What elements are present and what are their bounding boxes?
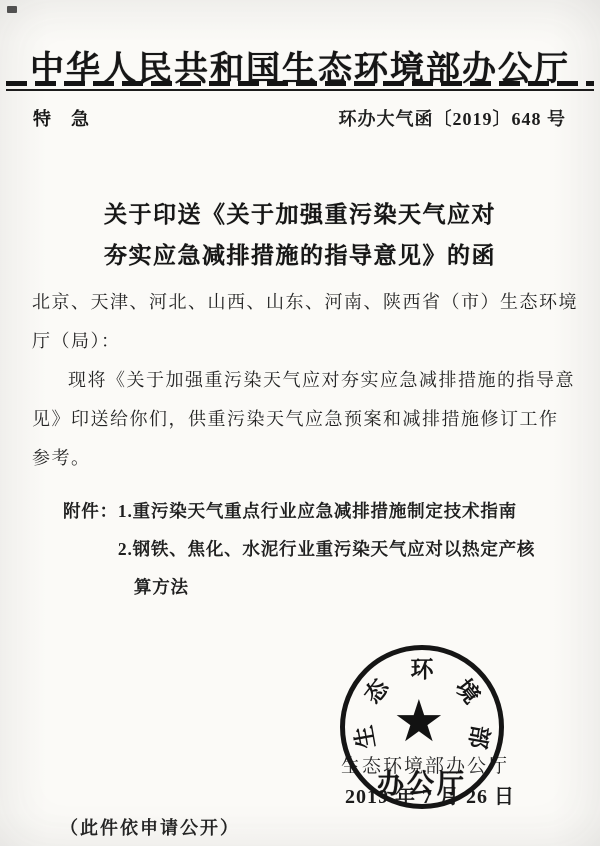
official-seal: 生 态 环 境 部 ★ 办公厅 [340,645,504,809]
seal-arc-char-5: 部 [463,722,493,752]
attachments-block: 附件： 1.重污染天气重点行业应急减排措施制定技术指南 2.钢铁、焦化、水泥行业… [63,492,535,606]
paragraph-line2: 见》印送给你们，供重污染天气应急预案和减排措施修订工作 [32,400,572,439]
header-divider [6,81,594,92]
document-title-line2: 夯实应急减排措施的指导意见》的函 [0,235,600,276]
salutation-line2: 厅（局）： [32,322,572,361]
body-text: 北京、天津、河北、山西、山东、河南、陕西省（市）生态环境 厅（局）： 现将《关于… [32,283,572,478]
seal-arc-char-4: 境 [449,674,485,710]
paragraph-line1: 现将《关于加强重污染天气应对夯实应急减排措施的指导意 [32,361,572,400]
document-title-line1: 关于印送《关于加强重污染天气应对 [0,194,600,235]
divider-solid-line [6,89,594,91]
paragraph-line3: 参考。 [32,439,572,478]
attachments-list: 1.重污染天气重点行业应急减排措施制定技术指南 2.钢铁、焦化、水泥行业重污染天… [118,492,535,606]
urgency-label: 特 急 [33,105,90,131]
salutation-line1: 北京、天津、河北、山西、山东、河南、陕西省（市）生态环境 [32,283,572,322]
attachment-item-2-line2: 算方法 [118,568,535,606]
footer-disclosure-note: （此件依申请公开） [60,814,240,840]
divider-dashed-line [6,81,594,86]
document-title: 关于印送《关于加强重污染天气应对 夯实应急减排措施的指导意见》的函 [0,194,600,276]
seal-bottom-text: 办公厅 [377,762,467,801]
seal-arc-char-2: 态 [359,674,395,710]
attachments-label: 附件： [63,492,118,530]
document-page: 中华人民共和国生态环境部办公厅 特 急 环办大气函〔2019〕648 号 关于印… [0,0,600,846]
attachment-item-2-line1: 2.钢铁、焦化、水泥行业重污染天气应对以热定产核 [118,530,535,568]
seal-arc-char-1: 生 [351,722,381,752]
seal-arc-char-3: 环 [409,657,435,683]
attachment-item-1: 1.重污染天气重点行业应急减排措施制定技术指南 [118,492,535,530]
meta-row: 特 急 环办大气函〔2019〕648 号 [33,105,566,131]
star-icon: ★ [393,692,445,750]
scan-artifact [7,6,17,13]
doc-number: 环办大气函〔2019〕648 号 [339,105,567,131]
